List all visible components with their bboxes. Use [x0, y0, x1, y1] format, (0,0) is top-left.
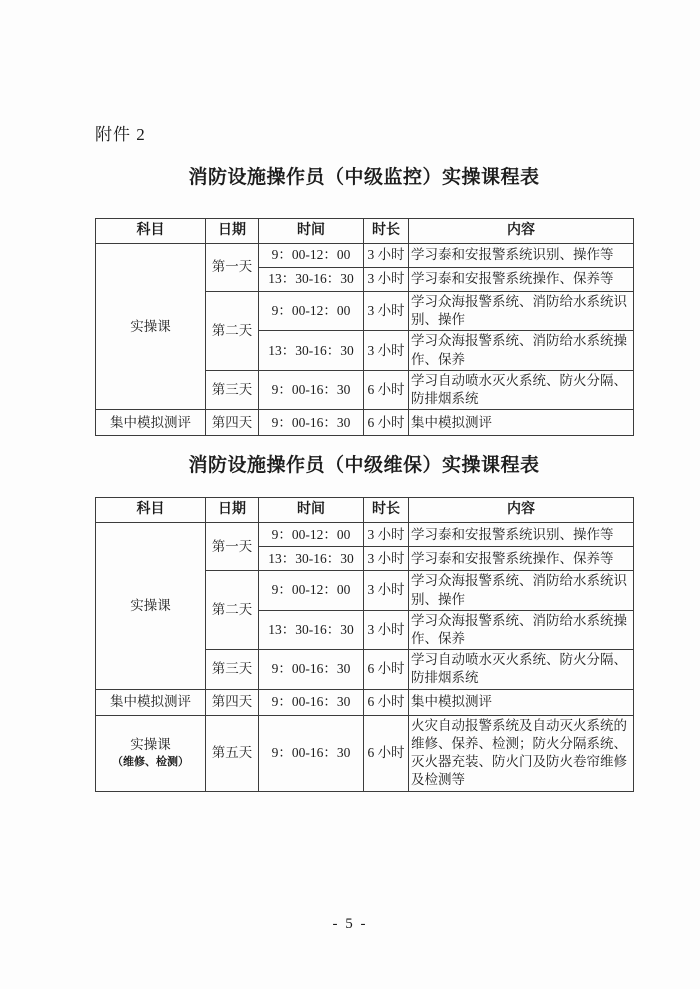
duration-cell: 6 小时 [364, 689, 409, 715]
duration-cell: 6 小时 [364, 650, 409, 689]
table-monitoring: 科目 日期 时间 时长 内容 实操课 第一天 9：00-12：00 3 小时 学… [95, 218, 634, 436]
day-cell: 第四天 [206, 410, 259, 436]
table-row: 实操课 第一天 9：00-12：00 3 小时 学习泰和安报警系统识别、操作等 [96, 244, 634, 268]
header-time: 时间 [259, 498, 364, 523]
table-row: 集中模拟测评 第四天 9：00-16：30 6 小时 集中模拟测评 [96, 410, 634, 436]
table-header-row: 科目 日期 时间 时长 内容 [96, 498, 634, 523]
day-cell: 第一天 [206, 244, 259, 292]
day-cell: 第二天 [206, 292, 259, 371]
header-time: 时间 [259, 219, 364, 244]
day-cell: 第二天 [206, 571, 259, 650]
time-cell: 13：30-16：30 [259, 268, 364, 292]
time-cell: 13：30-16：30 [259, 547, 364, 571]
content-cell: 学习众海报警系统、消防给水系统操作、保养 [409, 610, 634, 649]
header-duration: 时长 [364, 498, 409, 523]
subject-cell: 实操课 [96, 244, 206, 410]
duration-cell: 3 小时 [364, 523, 409, 547]
duration-cell: 6 小时 [364, 715, 409, 791]
table1-title: 消防设施操作员（中级监控）实操课程表 [95, 162, 633, 189]
content-cell: 学习泰和安报警系统操作、保养等 [409, 547, 634, 571]
header-content: 内容 [409, 219, 634, 244]
time-cell: 13：30-16：30 [259, 610, 364, 649]
duration-cell: 3 小时 [364, 244, 409, 268]
duration-cell: 3 小时 [364, 547, 409, 571]
time-cell: 9：00-16：30 [259, 689, 364, 715]
page-number: - 5 - [0, 916, 700, 933]
header-day: 日期 [206, 219, 259, 244]
table-row: 实操课 第一天 9：00-12：00 3 小时 学习泰和安报警系统识别、操作等 [96, 523, 634, 547]
duration-cell: 3 小时 [364, 331, 409, 370]
subject-main-label: 实操课 [130, 737, 171, 752]
subject-cell: 实操课 （维修、检测） [96, 715, 206, 791]
time-cell: 9：00-16：30 [259, 715, 364, 791]
time-cell: 9：00-16：30 [259, 410, 364, 436]
content-cell: 学习自动喷水灭火系统、防火分隔、防排烟系统 [409, 370, 634, 409]
subject-cell: 集中模拟测评 [96, 689, 206, 715]
table-header-row: 科目 日期 时间 时长 内容 [96, 219, 634, 244]
duration-cell: 6 小时 [364, 370, 409, 409]
content-cell: 集中模拟测评 [409, 410, 634, 436]
header-subject: 科目 [96, 498, 206, 523]
content-cell: 学习泰和安报警系统识别、操作等 [409, 523, 634, 547]
table-row: 实操课 （维修、检测） 第五天 9：00-16：30 6 小时 火灾自动报警系统… [96, 715, 634, 791]
content-cell: 学习众海报警系统、消防给水系统识别、操作 [409, 571, 634, 610]
content-cell: 学习自动喷水灭火系统、防火分隔、防排烟系统 [409, 650, 634, 689]
subject-sub-label: （维修、检测） [98, 755, 203, 770]
document-page: 附件 2 消防设施操作员（中级监控）实操课程表 科目 日期 时间 时长 内容 实… [95, 0, 633, 792]
time-cell: 9：00-12：00 [259, 523, 364, 547]
time-cell: 13：30-16：30 [259, 331, 364, 370]
day-cell: 第一天 [206, 523, 259, 571]
table-maintenance: 科目 日期 时间 时长 内容 实操课 第一天 9：00-12：00 3 小时 学… [95, 497, 634, 791]
subject-cell: 集中模拟测评 [96, 410, 206, 436]
header-duration: 时长 [364, 219, 409, 244]
duration-cell: 3 小时 [364, 268, 409, 292]
table-row: 集中模拟测评 第四天 9：00-16：30 6 小时 集中模拟测评 [96, 689, 634, 715]
header-subject: 科目 [96, 219, 206, 244]
header-content: 内容 [409, 498, 634, 523]
duration-cell: 6 小时 [364, 410, 409, 436]
table2-title: 消防设施操作员（中级维保）实操课程表 [95, 450, 633, 477]
subject-cell: 实操课 [96, 523, 206, 689]
time-cell: 9：00-12：00 [259, 244, 364, 268]
day-cell: 第五天 [206, 715, 259, 791]
duration-cell: 3 小时 [364, 571, 409, 610]
content-cell: 集中模拟测评 [409, 689, 634, 715]
content-cell: 火灾自动报警系统及自动灭火系统的维修、保养、检测；防火分隔系统、灭火器充装、防火… [409, 715, 634, 791]
time-cell: 9：00-12：00 [259, 571, 364, 610]
duration-cell: 3 小时 [364, 292, 409, 331]
content-cell: 学习众海报警系统、消防给水系统操作、保养 [409, 331, 634, 370]
time-cell: 9：00-12：00 [259, 292, 364, 331]
time-cell: 9：00-16：30 [259, 370, 364, 409]
day-cell: 第三天 [206, 650, 259, 689]
attachment-label: 附件 2 [95, 0, 633, 145]
content-cell: 学习泰和安报警系统操作、保养等 [409, 268, 634, 292]
duration-cell: 3 小时 [364, 610, 409, 649]
content-cell: 学习泰和安报警系统识别、操作等 [409, 244, 634, 268]
header-day: 日期 [206, 498, 259, 523]
time-cell: 9：00-16：30 [259, 650, 364, 689]
day-cell: 第三天 [206, 370, 259, 409]
content-cell: 学习众海报警系统、消防给水系统识别、操作 [409, 292, 634, 331]
day-cell: 第四天 [206, 689, 259, 715]
